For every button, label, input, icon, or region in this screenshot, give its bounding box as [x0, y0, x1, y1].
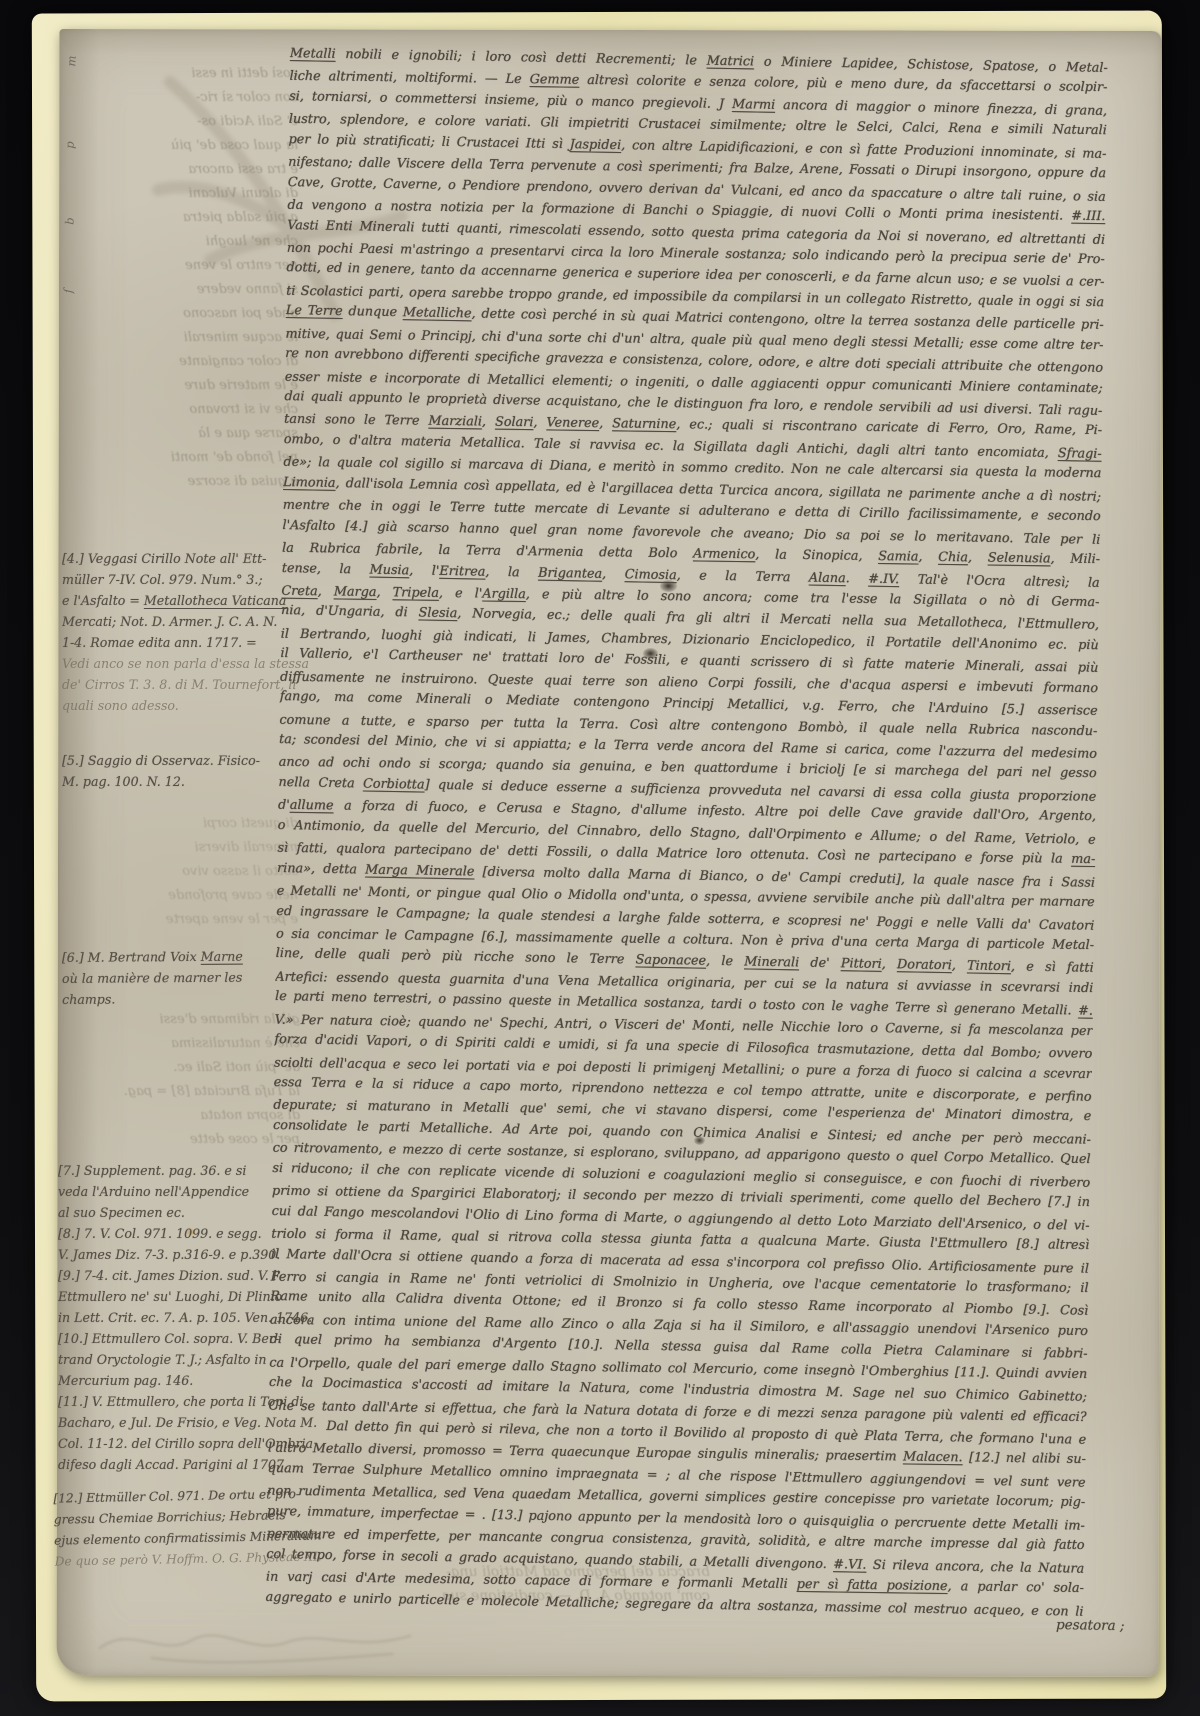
margin-note-line: quali sono adesso.	[62, 695, 314, 716]
bleedthrough-line: per le cose dette	[60, 1128, 300, 1152]
underlined-word: Saturnine	[612, 417, 676, 433]
paragraph: Dal detto fin qui però si rileva, che no…	[265, 1416, 1086, 1622]
main-text-block: Metalli nobili e ignobili; i loro così d…	[265, 44, 1107, 1622]
underlined-word: allume	[290, 798, 334, 814]
underlined-word: Marga	[334, 584, 377, 600]
margin-note-line: M. pag. 100. N. 12.	[62, 771, 312, 792]
underlined-word: ma-	[1071, 852, 1095, 867]
bleedthrough-line: si fanno vedere	[60, 278, 298, 302]
underlined-word: Selenusia	[988, 551, 1051, 567]
bleedthrough-line: onde poi nascono	[60, 302, 298, 326]
underlined-word: Metalliche	[403, 305, 472, 321]
bleedthrough-line: la Tufa Bruciata [8] = pag.	[60, 1080, 300, 1104]
underlined-word: Corbiotta	[363, 776, 425, 792]
bleedthrough-line: che è naturalissima	[60, 1032, 300, 1056]
underlined-word: Marga Minerale	[365, 862, 475, 879]
underlined-word: Musia	[369, 562, 409, 578]
bleedthrough-line: la qual cosa de' più	[60, 134, 298, 158]
margin-note-line: [5.] Saggio di Osservaz. Fisico-	[62, 750, 312, 771]
underlined-word: Solari	[495, 415, 534, 431]
margin-note-line: 1-4. Romae edita ann. 1717. =	[62, 632, 314, 653]
bleedthrough-line: e' Sali Acidi os-	[60, 110, 298, 134]
bleedthrough-line: così detti in essi	[60, 62, 298, 86]
bleedthrough-line: sotto il sasso vivo	[62, 860, 298, 884]
bleedthrough-line: a più salda pietra	[60, 206, 298, 230]
bleedthrough-line: di questi corpi	[62, 812, 298, 836]
margin-note-line: Vedi anco se non parla d'essa la stessa	[62, 653, 314, 674]
underlined-word: Marne	[201, 949, 243, 964]
bleedthrough-line: de' più noti Sali ec.	[60, 1056, 300, 1080]
underlined-word: Matrici	[707, 54, 755, 70]
underlined-word: Chia	[938, 550, 968, 565]
bleedthrough-text: così detti in essicon color sì ric-e' Sa…	[60, 62, 298, 532]
bleedthrough-line: le acque minerali	[60, 326, 298, 350]
underlined-word: Alana	[809, 570, 846, 586]
edge-mark: b	[63, 217, 77, 225]
bleedthrough-line: già la ridimane d'essi	[60, 1008, 300, 1032]
underlined-word: per sì fatta posizione	[797, 1577, 948, 1594]
margin-note-line: [6.] M. Bertrand Voix Marne	[62, 945, 312, 968]
bleedthrough-line: di color cangiante	[60, 350, 298, 374]
underlined-word: Argilla	[482, 586, 526, 602]
bleedthrough-line: e tra essi ancora	[60, 158, 298, 182]
bleedthrough-line: nel fondo de' monti	[60, 446, 298, 470]
underlined-word: #.III.	[1071, 209, 1105, 224]
bleedthrough-line: con color sì ric-	[60, 86, 298, 110]
underlined-word: Malacen.	[903, 1450, 963, 1466]
underlined-word: Eritrea	[439, 563, 485, 579]
margin-note-line: de' Cirros T. 3. 8. di M. Tournefort, li	[62, 674, 314, 695]
underlined-word: #.VI.	[833, 1557, 866, 1573]
bleedthrough-line: che ne' luoghi	[60, 230, 298, 254]
edge-mark: p	[63, 141, 77, 149]
margin-note-line: [4.] Veggasi Cirillo Note all' Ett-	[62, 548, 314, 569]
underlined-word: Slesia	[418, 606, 457, 622]
margin-note-line: müller 7-IV. Col. 979. Num.° 3.;	[62, 569, 314, 590]
bleedthrough-line: minerali diversi	[62, 836, 298, 860]
underlined-word: Veneree	[546, 416, 599, 432]
underlined-word: Limonia	[283, 475, 336, 491]
edge-mark: ſ	[61, 289, 75, 294]
bleedthrough-text: di questi corpiminerali diversisotto il …	[62, 812, 298, 940]
underlined-word: Samia	[878, 549, 918, 565]
underlined-word: Jaspidei	[570, 137, 622, 153]
bleedthrough-line: e le materie dure	[60, 374, 298, 398]
showthrough-signature-flourish	[92, 1614, 422, 1666]
underlined-word: Brigantea	[538, 565, 602, 581]
underlined-word: Marmi	[732, 97, 775, 113]
underlined-word: Minerali	[744, 955, 799, 971]
underlined-word: Marziali	[428, 414, 482, 430]
underlined-word: Armenico	[693, 546, 755, 562]
underlined-word: Tripela	[393, 585, 439, 601]
bleedthrough-line: di sopra notata	[60, 1104, 300, 1128]
underlined-word: Gemme	[530, 73, 580, 89]
bleedthrough-line: di alcuni Vulcani	[60, 182, 298, 206]
underlined-word: Tintori	[967, 959, 1011, 975]
bleedthrough-line: nelle cave profonde	[62, 884, 298, 908]
underlined-word: Cimosia	[625, 567, 677, 583]
underlined-word: Metalli	[290, 46, 336, 62]
bleedthrough-line: sparse qua e là	[60, 422, 298, 446]
bleedthrough-line: per entro le vene	[60, 254, 298, 278]
margin-note-4: [4.] Veggasi Cirillo Note all' Ett-mülle…	[62, 548, 314, 716]
underlined-word: Metallotheca Vaticana	[144, 593, 286, 608]
underlined-word: Sfragi-	[1058, 446, 1102, 462]
edge-mark: m	[64, 55, 78, 66]
underlined-word: #.	[1078, 1004, 1093, 1019]
paragraph: Metalli nobili e ignobili; i loro così d…	[286, 44, 1108, 314]
edge-marks: mpbſ	[58, 40, 88, 340]
catchword: pesatora ;	[1056, 1617, 1176, 1635]
margin-note-5: [5.] Saggio di Osservaz. Fisico-M. pag. …	[62, 750, 312, 792]
underlined-word: Saponacee	[635, 953, 706, 969]
bleedthrough-line: che vi si trovano	[60, 398, 298, 422]
margin-note-line: Mercati; Not. D. Armer. J. C. A. N.	[62, 611, 314, 632]
bleedthrough-text: già la ridimane d'essiche è naturalissim…	[60, 1008, 300, 1158]
underlined-word: #.IV.	[868, 571, 899, 587]
manuscript-scan: così detti in essicon color sì ric-e' Sa…	[0, 0, 1200, 1716]
underlined-word: Pittori	[841, 957, 882, 973]
bleedthrough-line: e per le vene aperte	[62, 908, 298, 932]
underlined-word: Doratori	[897, 958, 952, 974]
margin-note-line: e l'Asfalto = Metallotheca Vaticana	[62, 590, 314, 611]
bleedthrough-line: a guisa di scorze	[60, 470, 298, 494]
underlined-word: Le Terre	[286, 303, 343, 319]
underlined-word: Creta	[281, 584, 317, 600]
paragraph: Le Terre dunque Metalliche, dette così p…	[268, 301, 1103, 1428]
